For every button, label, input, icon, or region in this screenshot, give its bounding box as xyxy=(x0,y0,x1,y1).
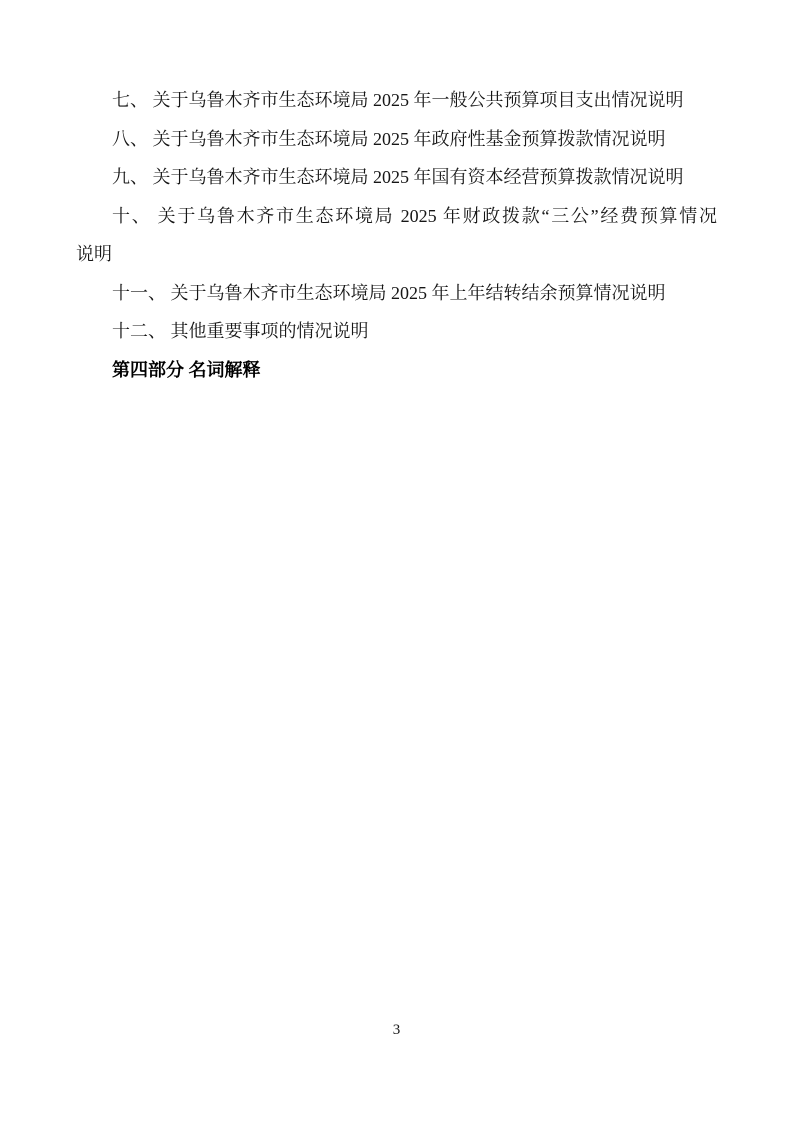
toc-item-ten-first-line: 十、 关于乌鲁木齐市生态环境局 2025 年财政拨款“三公”经费预算情况 xyxy=(76,197,717,236)
toc-section: 七、 关于乌鲁木齐市生态环境局 2025 年一般公共预算项目支出情况说明 八、 … xyxy=(76,81,717,389)
page-footer: 3 xyxy=(0,1022,793,1039)
toc-item-eleven: 十一、 关于乌鲁木齐市生态环境局 2025 年上年结转结余预算情况说明 xyxy=(76,274,717,313)
toc-item-twelve: 十二、 其他重要事项的情况说明 xyxy=(76,312,717,351)
page-number: 3 xyxy=(393,1022,401,1038)
toc-item-nine: 九、 关于乌鲁木齐市生态环境局 2025 年国有资本经营预算拨款情况说明 xyxy=(76,158,717,197)
section-heading-part-four: 第四部分 名词解释 xyxy=(76,351,717,390)
toc-item-ten-wrapped-line: 说明 xyxy=(76,235,717,274)
document-page: 七、 关于乌鲁木齐市生态环境局 2025 年一般公共预算项目支出情况说明 八、 … xyxy=(0,0,793,1122)
toc-item-eight: 八、 关于乌鲁木齐市生态环境局 2025 年政府性基金预算拨款情况说明 xyxy=(76,120,717,159)
toc-item-seven: 七、 关于乌鲁木齐市生态环境局 2025 年一般公共预算项目支出情况说明 xyxy=(76,81,717,120)
